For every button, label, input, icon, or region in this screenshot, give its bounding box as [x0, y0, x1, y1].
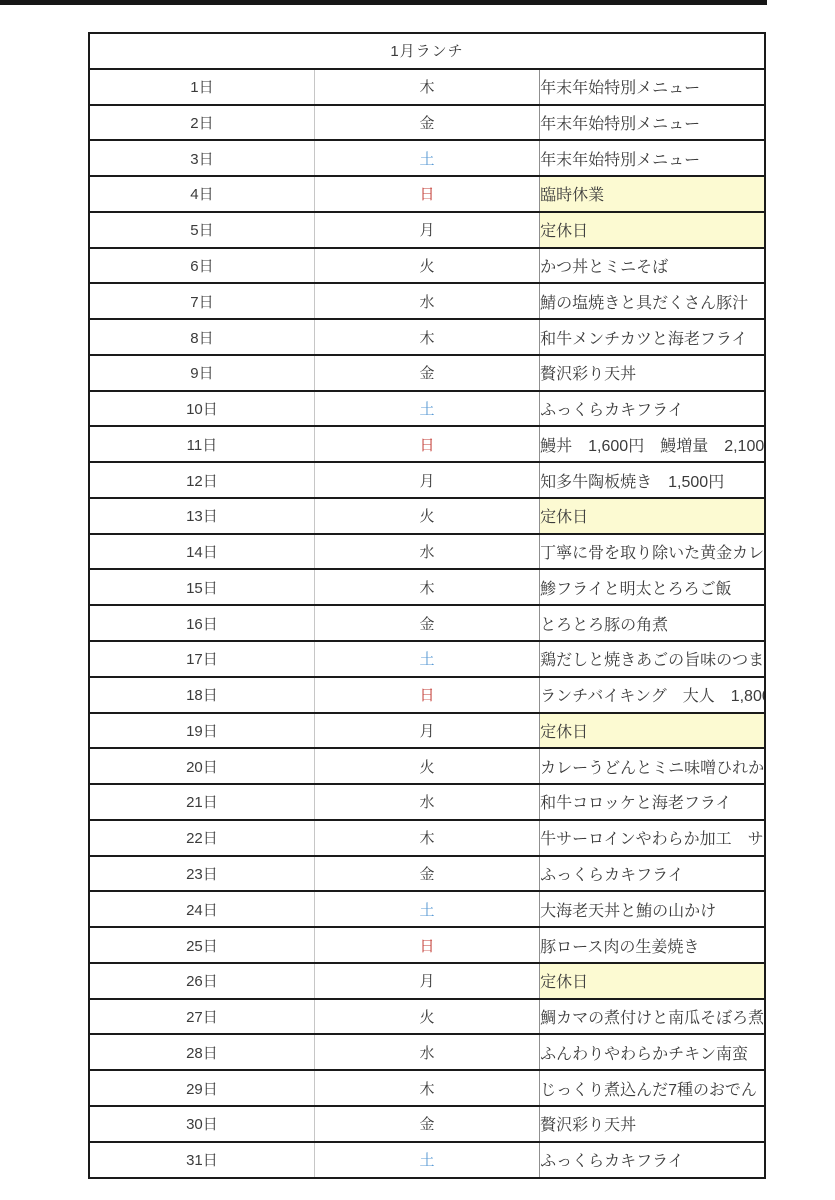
menu-cell: ふっくらカキフライ	[540, 1142, 765, 1178]
date-cell: 24日	[89, 891, 314, 927]
date-cell: 12日	[89, 462, 314, 498]
day-cell: 土	[314, 891, 539, 927]
menu-row: 31日 土 ふっくらカキフライ	[89, 1142, 765, 1178]
date-cell: 4日	[89, 176, 314, 212]
date-cell: 7日	[89, 283, 314, 319]
menu-row: 11日 日 鰻丼 1,600円 鰻増量 2,100円	[89, 426, 765, 462]
menu-cell: 鯖の塩焼きと具だくさん豚汁	[540, 283, 765, 319]
day-cell: 月	[314, 963, 539, 999]
menu-cell: とろとろ豚の角煮	[540, 605, 765, 641]
day-cell: 金	[314, 105, 539, 141]
menu-cell: 鶏だしと焼きあごの旨味のつまったちゃんこ鍋（一人鍋）	[540, 641, 765, 677]
menu-cell: 定休日	[540, 212, 765, 248]
menu-row: 19日 月 定休日	[89, 713, 765, 749]
menu-cell: 年末年始特別メニュー	[540, 69, 765, 105]
date-cell: 10日	[89, 391, 314, 427]
day-cell: 水	[314, 1034, 539, 1070]
date-cell: 6日	[89, 248, 314, 284]
date-cell: 28日	[89, 1034, 314, 1070]
date-cell: 5日	[89, 212, 314, 248]
menu-cell: 知多牛陶板焼き 1,500円	[540, 462, 765, 498]
menu-row: 16日 金 とろとろ豚の角煮	[89, 605, 765, 641]
day-cell: 火	[314, 748, 539, 784]
day-cell: 火	[314, 999, 539, 1035]
day-cell: 土	[314, 1142, 539, 1178]
menu-row: 22日 木 牛サーロインやわらか加工 サイコロステーキ 1,400円	[89, 820, 765, 856]
day-cell: 木	[314, 69, 539, 105]
menu-cell: 年末年始特別メニュー	[540, 140, 765, 176]
date-cell: 11日	[89, 426, 314, 462]
date-cell: 8日	[89, 319, 314, 355]
menu-row: 4日 日 臨時休業	[89, 176, 765, 212]
date-cell: 31日	[89, 1142, 314, 1178]
calendar-body: 1日 木 年末年始特別メニュー 2日 金 年末年始特別メニュー 3日 土 年末年…	[89, 69, 765, 1178]
menu-row: 23日 金 ふっくらカキフライ	[89, 856, 765, 892]
menu-row: 24日 土 大海老天丼と鮪の山かけ	[89, 891, 765, 927]
date-cell: 16日	[89, 605, 314, 641]
day-cell: 金	[314, 856, 539, 892]
menu-row: 26日 月 定休日	[89, 963, 765, 999]
menu-row: 13日 火 定休日	[89, 498, 765, 534]
day-cell: 月	[314, 462, 539, 498]
day-cell: 日	[314, 927, 539, 963]
date-cell: 27日	[89, 999, 314, 1035]
menu-cell: 定休日	[540, 713, 765, 749]
menu-row: 6日 火 かつ丼とミニそば	[89, 248, 765, 284]
day-cell: 水	[314, 784, 539, 820]
menu-row: 12日 月 知多牛陶板焼き 1,500円	[89, 462, 765, 498]
day-cell: 木	[314, 569, 539, 605]
menu-cell: カレーうどんとミニ味噌ひれかつ丼	[540, 748, 765, 784]
menu-row: 8日 木 和牛メンチカツと海老フライ	[89, 319, 765, 355]
day-cell: 木	[314, 319, 539, 355]
date-cell: 1日	[89, 69, 314, 105]
date-cell: 20日	[89, 748, 314, 784]
menu-cell: 定休日	[540, 963, 765, 999]
day-cell: 日	[314, 677, 539, 713]
menu-row: 14日 水 丁寧に骨を取り除いた黄金カレイの甘酢あんかけ	[89, 534, 765, 570]
menu-row: 5日 月 定休日	[89, 212, 765, 248]
menu-row: 30日 金 贅沢彩り天丼	[89, 1106, 765, 1142]
menu-cell: ふっくらカキフライ	[540, 391, 765, 427]
menu-row: 7日 水 鯖の塩焼きと具だくさん豚汁	[89, 283, 765, 319]
menu-cell: 鰻丼 1,600円 鰻増量 2,100円	[540, 426, 765, 462]
day-cell: 水	[314, 283, 539, 319]
menu-cell: ランチバイキング 大人 1,800円 3歳～小学生 1,100円	[540, 677, 765, 713]
menu-row: 17日 土 鶏だしと焼きあごの旨味のつまったちゃんこ鍋（一人鍋）	[89, 641, 765, 677]
date-cell: 15日	[89, 569, 314, 605]
day-cell: 金	[314, 355, 539, 391]
day-cell: 日	[314, 176, 539, 212]
menu-row: 2日 金 年末年始特別メニュー	[89, 105, 765, 141]
menu-row: 25日 日 豚ロース肉の生姜焼き	[89, 927, 765, 963]
menu-row: 28日 水 ふんわりやわらかチキン南蛮	[89, 1034, 765, 1070]
menu-row: 18日 日 ランチバイキング 大人 1,800円 3歳～小学生 1,100円	[89, 677, 765, 713]
date-cell: 14日	[89, 534, 314, 570]
date-cell: 22日	[89, 820, 314, 856]
menu-cell: 豚ロース肉の生姜焼き	[540, 927, 765, 963]
date-cell: 25日	[89, 927, 314, 963]
day-cell: 木	[314, 820, 539, 856]
menu-row: 1日 木 年末年始特別メニュー	[89, 69, 765, 105]
date-cell: 21日	[89, 784, 314, 820]
menu-row: 21日 水 和牛コロッケと海老フライ	[89, 784, 765, 820]
date-cell: 30日	[89, 1106, 314, 1142]
lunch-calendar-table: 1月ランチ 1日 木 年末年始特別メニュー 2日 金 年末年始特別メニュー 3日…	[88, 32, 766, 1179]
date-cell: 3日	[89, 140, 314, 176]
date-cell: 23日	[89, 856, 314, 892]
menu-cell: 定休日	[540, 498, 765, 534]
menu-cell: 年末年始特別メニュー	[540, 105, 765, 141]
date-cell: 29日	[89, 1070, 314, 1106]
day-cell: 金	[314, 1106, 539, 1142]
page-top-rule	[0, 0, 767, 5]
menu-cell: 牛サーロインやわらか加工 サイコロステーキ 1,400円	[540, 820, 765, 856]
day-cell: 月	[314, 713, 539, 749]
day-cell: 水	[314, 534, 539, 570]
menu-cell: 和牛メンチカツと海老フライ	[540, 319, 765, 355]
day-cell: 日	[314, 426, 539, 462]
day-cell: 土	[314, 140, 539, 176]
date-cell: 18日	[89, 677, 314, 713]
title-row: 1月ランチ	[89, 33, 765, 69]
date-cell: 2日	[89, 105, 314, 141]
menu-cell: 和牛コロッケと海老フライ	[540, 784, 765, 820]
menu-row: 27日 火 鯛カマの煮付けと南瓜そぼろ煮	[89, 999, 765, 1035]
menu-cell: 臨時休業	[540, 176, 765, 212]
date-cell: 13日	[89, 498, 314, 534]
date-cell: 9日	[89, 355, 314, 391]
menu-cell: 鯵フライと明太とろろご飯	[540, 569, 765, 605]
menu-cell: ふんわりやわらかチキン南蛮	[540, 1034, 765, 1070]
menu-cell: 贅沢彩り天丼	[540, 355, 765, 391]
menu-row: 15日 木 鯵フライと明太とろろご飯	[89, 569, 765, 605]
menu-cell: 贅沢彩り天丼	[540, 1106, 765, 1142]
date-cell: 17日	[89, 641, 314, 677]
menu-cell: かつ丼とミニそば	[540, 248, 765, 284]
menu-cell: じっくり煮込んだ7種のおでん	[540, 1070, 765, 1106]
menu-row: 20日 火 カレーうどんとミニ味噌ひれかつ丼	[89, 748, 765, 784]
day-cell: 月	[314, 212, 539, 248]
menu-cell: 鯛カマの煮付けと南瓜そぼろ煮	[540, 999, 765, 1035]
day-cell: 火	[314, 498, 539, 534]
day-cell: 金	[314, 605, 539, 641]
menu-cell: ふっくらカキフライ	[540, 856, 765, 892]
menu-cell: 大海老天丼と鮪の山かけ	[540, 891, 765, 927]
menu-row: 10日 土 ふっくらカキフライ	[89, 391, 765, 427]
day-cell: 土	[314, 391, 539, 427]
menu-cell: 丁寧に骨を取り除いた黄金カレイの甘酢あんかけ	[540, 534, 765, 570]
menu-row: 9日 金 贅沢彩り天丼	[89, 355, 765, 391]
date-cell: 26日	[89, 963, 314, 999]
day-cell: 火	[314, 248, 539, 284]
menu-row: 29日 木 じっくり煮込んだ7種のおでん	[89, 1070, 765, 1106]
day-cell: 土	[314, 641, 539, 677]
date-cell: 19日	[89, 713, 314, 749]
menu-row: 3日 土 年末年始特別メニュー	[89, 140, 765, 176]
table-title: 1月ランチ	[89, 33, 765, 69]
day-cell: 木	[314, 1070, 539, 1106]
